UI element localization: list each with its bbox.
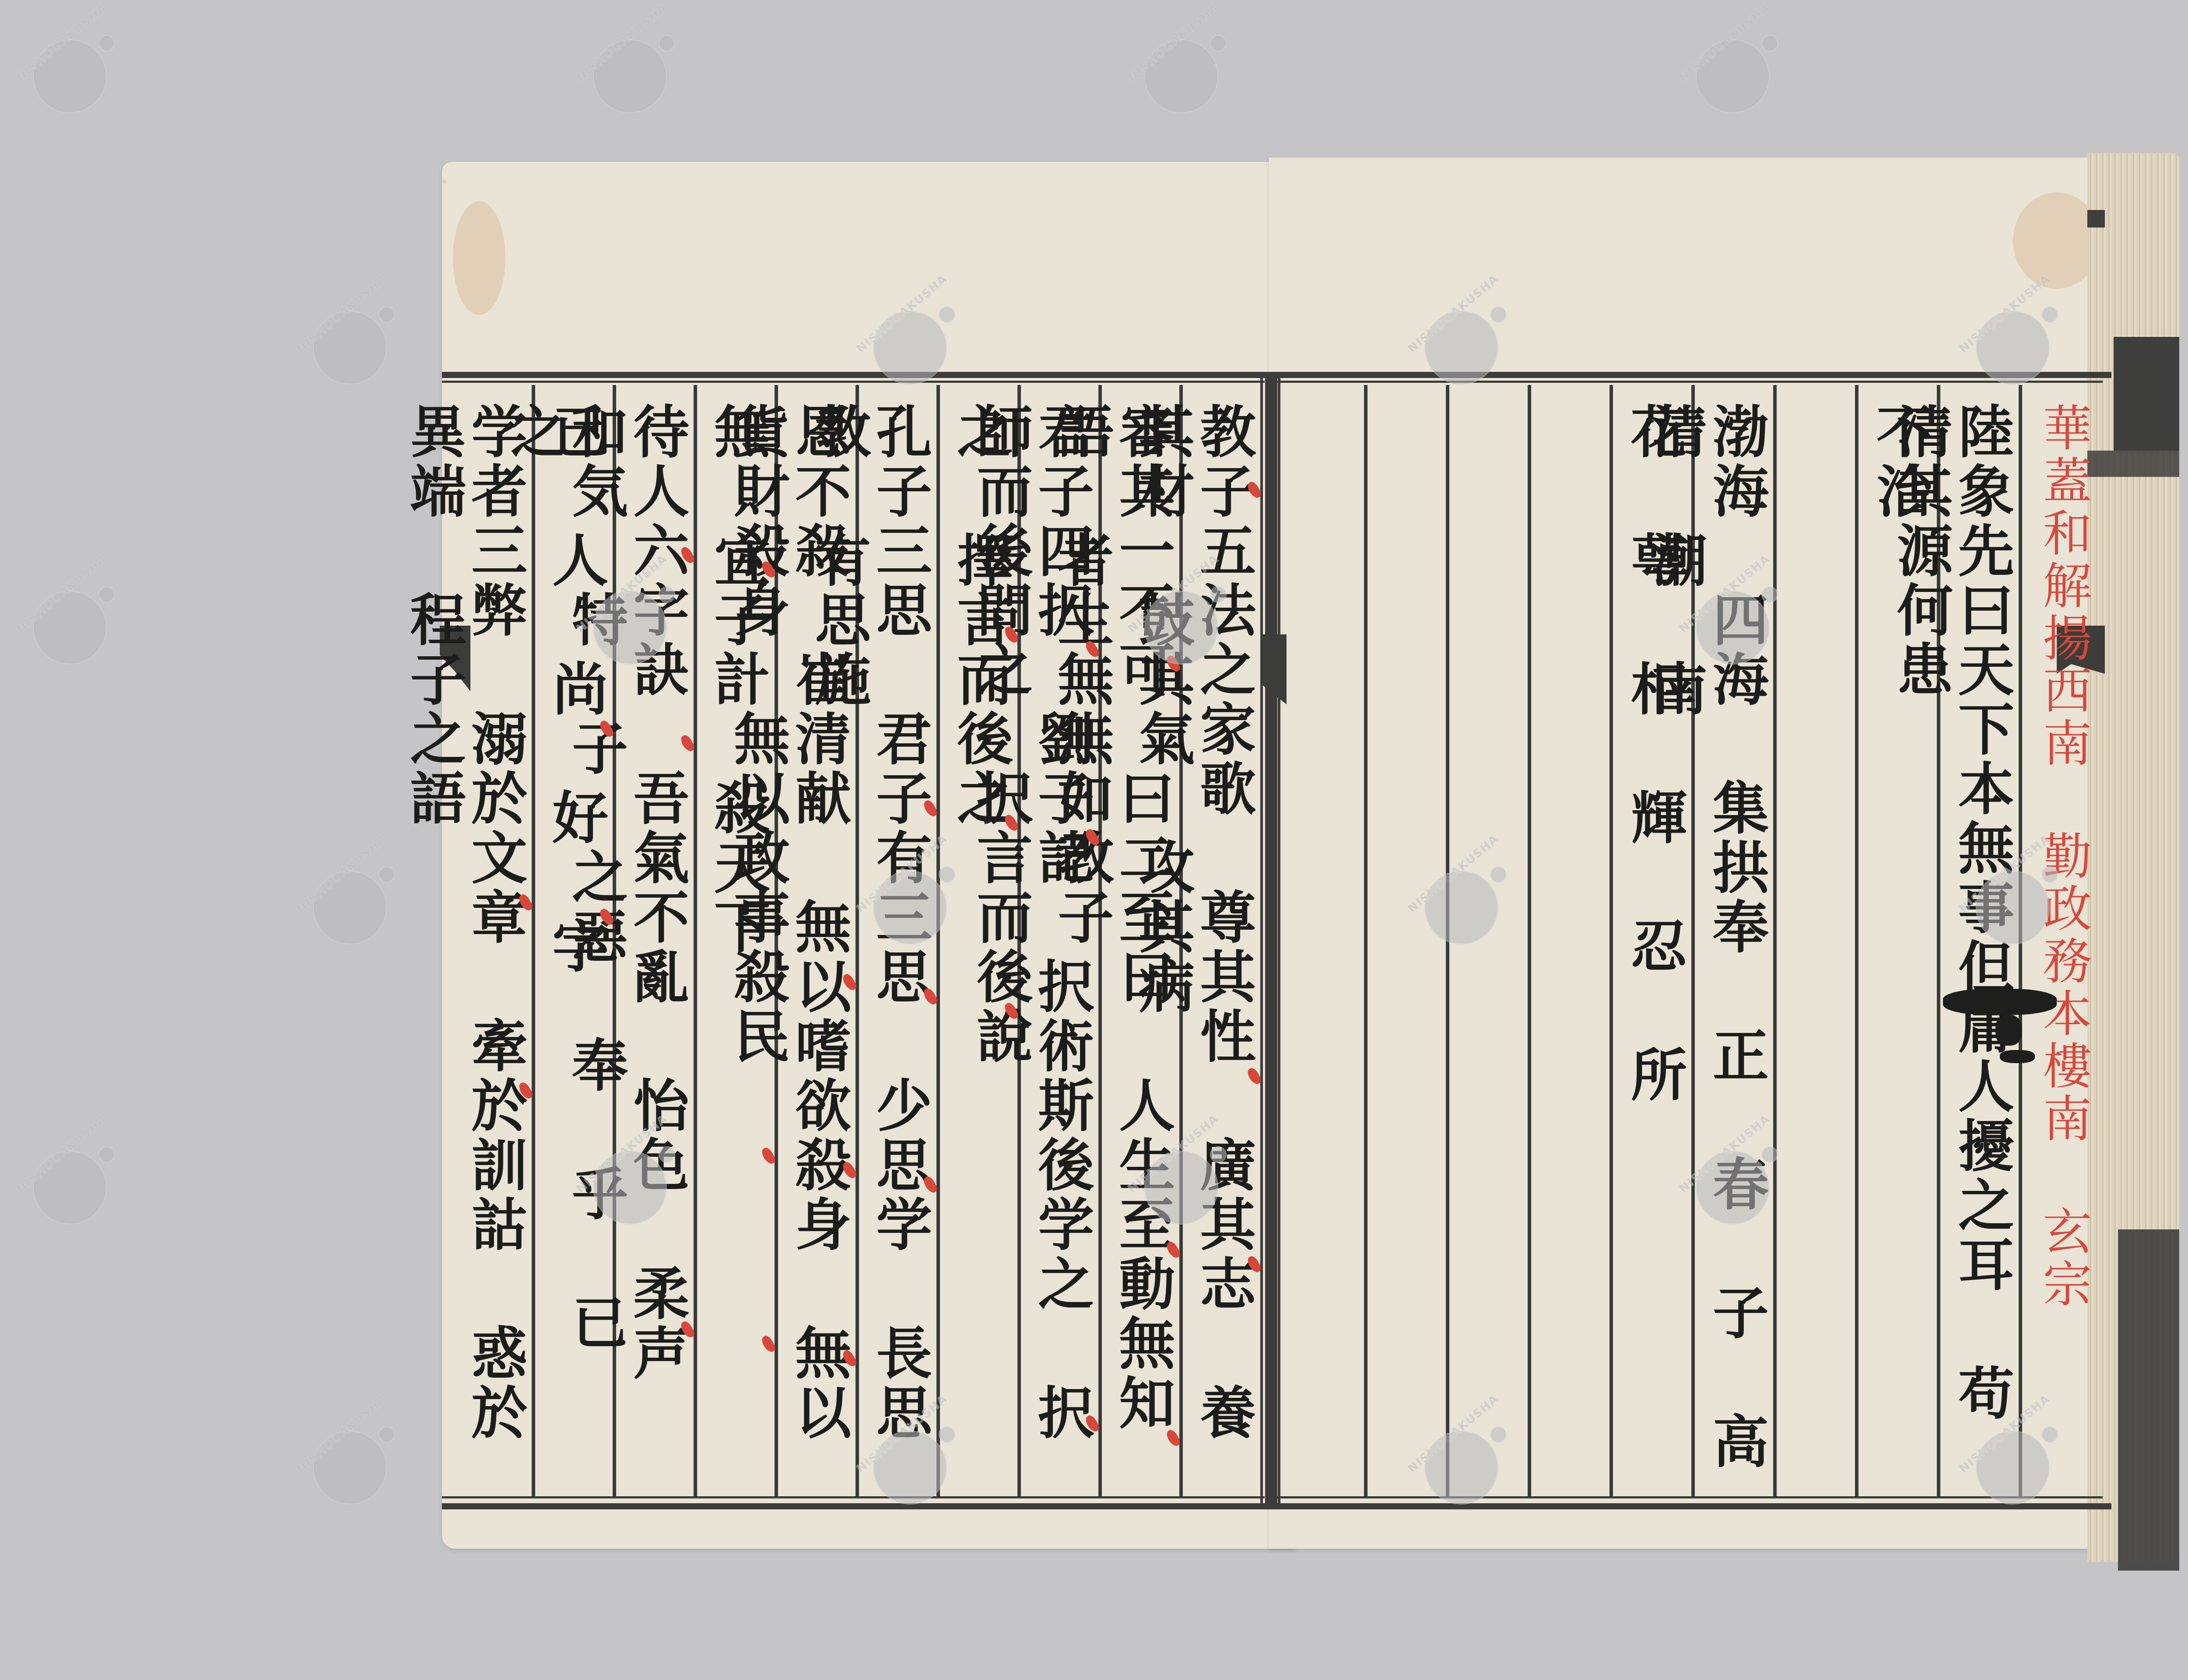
column-rule: [1609, 385, 1613, 1496]
frame-inner-rule: [442, 381, 1265, 383]
column-rule: [936, 385, 940, 1496]
watermark-logo: NISHOGAKUSHA: [569, 9, 670, 109]
watermark-dot: [98, 586, 115, 603]
watermark-dot: [379, 866, 395, 883]
watermark-dot: [939, 306, 955, 323]
text-column: 学者三弊 溺於文章 牽於訓詁 惑於異端 程子之語: [460, 402, 525, 1479]
watermark-dot: [1210, 1146, 1227, 1163]
watermark-logo: NISHOGAKUSHA: [569, 1120, 670, 1221]
edge-band: [2118, 1229, 2179, 1571]
watermark-logo: NISHOGAKUSHA: [849, 840, 950, 941]
watermark-logo: NISHOGAKUSHA: [849, 280, 950, 381]
watermark-dot: [1210, 35, 1227, 52]
edge-mark: [2087, 210, 2105, 227]
watermark-logo: NISHOGAKUSHA: [9, 560, 109, 661]
watermark-logo: NISHOGAKUSHA: [9, 1120, 109, 1221]
red-annotation-column: 華蓋和解揚西南 勤政務本樓南 玄宗: [2028, 402, 2094, 1479]
watermark-logo: NISHOGAKUSHA: [289, 1400, 389, 1501]
watermark-logo: NISHOGAKUSHA: [289, 280, 389, 381]
watermark-dot: [1490, 866, 1507, 883]
column-rule: [1364, 385, 1367, 1496]
frame-inner-rule: [1260, 372, 1263, 1509]
watermark-dot: [659, 586, 675, 603]
column-rule: [532, 385, 535, 1496]
ink-blot: [1995, 1015, 2022, 1046]
watermark-dot: [2041, 866, 2058, 883]
column-rule: [1855, 385, 1858, 1496]
ink-blot: [2000, 1050, 2035, 1063]
watermark-logo: NISHOGAKUSHA: [1120, 9, 1221, 109]
watermark-logo: NISHOGAKUSHA: [289, 840, 389, 941]
watermark-dot: [2041, 306, 2058, 323]
watermark-dot: [1210, 586, 1227, 603]
watermark-logo: NISHOGAKUSHA: [1672, 560, 1772, 661]
watermark-logo: NISHOGAKUSHA: [569, 560, 670, 661]
column-rule: [1773, 385, 1777, 1496]
watermark-dot: [659, 35, 675, 52]
paper-stain: [442, 179, 446, 184]
watermark-dot: [659, 1146, 675, 1163]
watermark-logo: NISHOGAKUSHA: [9, 9, 109, 109]
watermark-logo: NISHOGAKUSHA: [849, 1400, 950, 1501]
watermark-dot: [98, 35, 115, 52]
watermark-logo: NISHOGAKUSHA: [1952, 840, 2052, 941]
text-column: 之 擇言而後之: [946, 402, 1011, 1479]
watermark-dot: [939, 866, 955, 883]
watermark-dot: [1761, 1146, 1778, 1163]
watermark-logo: NISHOGAKUSHA: [1672, 1120, 1772, 1221]
frame-inner-rule: [1271, 381, 2103, 383]
column-rule: [694, 385, 697, 1496]
watermark-dot: [1490, 1426, 1507, 1443]
watermark-logo: NISHOGAKUSHA: [1400, 840, 1501, 941]
watermark-dot: [1490, 306, 1507, 323]
column-rule: [1528, 385, 1531, 1496]
frame-inner-rule: [1278, 372, 1280, 1509]
watermark-dot: [2041, 1426, 2058, 1443]
watermark-dot: [379, 1426, 395, 1443]
text-column: 無 宜子計 殺天下: [703, 402, 768, 1479]
text-column: 恩不殺 崔清献 無以嗜欲殺身 無以貨財殺身 無以政事殺民: [784, 402, 849, 1479]
watermark-dot: [939, 1426, 955, 1443]
edge-band: [2114, 337, 2179, 451]
text-column: 君子四択 劉子記 択術斯後学之 択師而後問之 択言而後說: [1027, 402, 1092, 1479]
watermark-logo: NISHOGAKUSHA: [1952, 1400, 2052, 1501]
watermark-dot: [98, 1146, 115, 1163]
watermark-logo: NISHOGAKUSHA: [1400, 1400, 1501, 1501]
paper-stain: [453, 201, 505, 315]
watermark-dot: [1761, 35, 1778, 52]
watermark-dot: [379, 306, 395, 323]
text-column: 不治: [1865, 402, 1930, 1479]
ink-blot: [1943, 989, 2057, 1015]
watermark-dot: [1761, 586, 1778, 603]
watermark-logo: NISHOGAKUSHA: [1400, 280, 1501, 381]
watermark-logo: NISHOGAKUSHA: [1952, 280, 2052, 381]
watermark-logo: NISHOGAKUSHA: [1120, 1120, 1221, 1221]
watermark-logo: NISHOGAKUSHA: [1120, 560, 1221, 661]
watermark-logo: NISHOGAKUSHA: [1672, 9, 1772, 109]
